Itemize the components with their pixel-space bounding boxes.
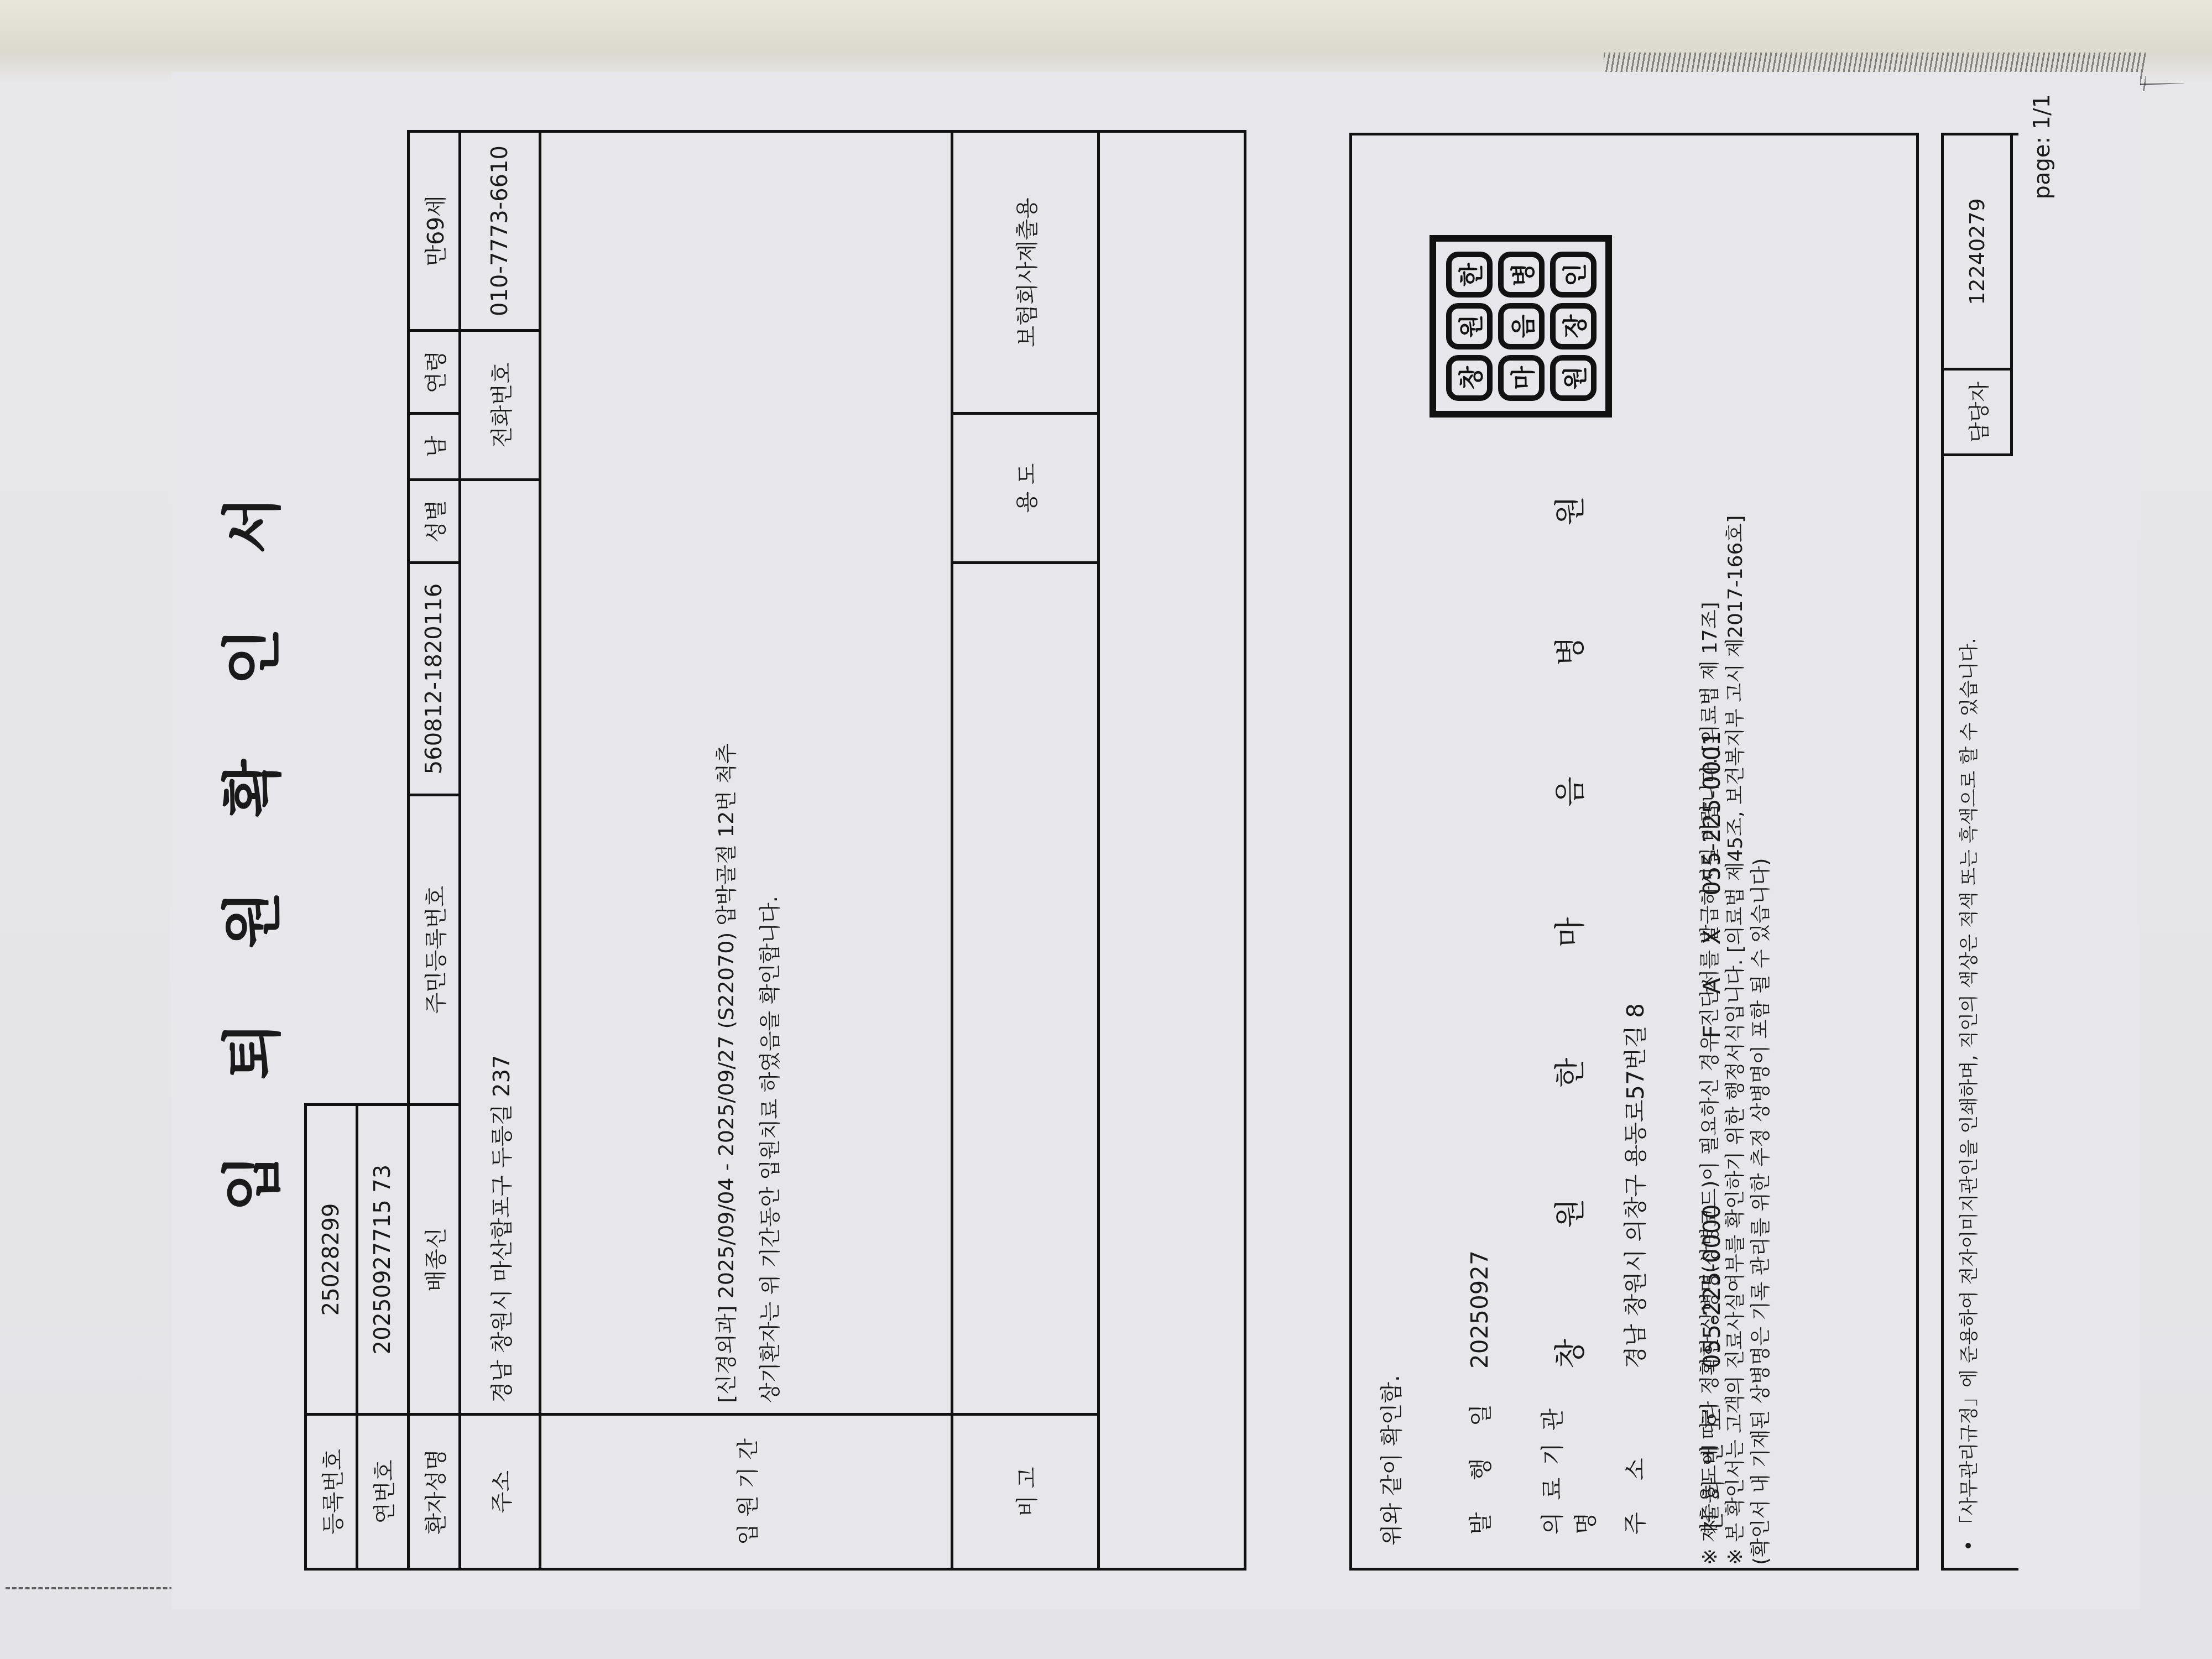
seal-char: 병: [1498, 252, 1545, 298]
document-title: 입 퇴 원 확 인 서: [205, 72, 290, 1609]
rrn-value: 560812-1820116: [409, 563, 460, 795]
issue-date-value: 20250927: [1466, 1250, 1493, 1369]
age-label: 연령: [409, 331, 460, 414]
admission-period-cell: [신경외과] 2025/09/04 - 2025/09/27 (S22070) …: [540, 131, 952, 1414]
reg-no-label: 등록번호: [306, 1415, 357, 1569]
blank-area: [1099, 131, 1245, 1569]
serial-no-value: 20250927715 73: [357, 1105, 409, 1415]
institution-name: 창원한마음병원: [1546, 385, 1590, 1369]
age-value: 만69세: [409, 131, 460, 330]
seal-char: 마: [1498, 355, 1545, 401]
institution-row: 의료기관명 창원한마음병원: [1535, 385, 1601, 1535]
title-spacer: [306, 131, 409, 1104]
admission-period-line: [신경외과] 2025/09/04 - 2025/09/27 (S22070) …: [709, 143, 739, 1403]
notes-section: ※ 제출용도에 따라 정확한 상병명(상병코드)이 필요하신 경우 진단서를 발…: [1698, 127, 1774, 1565]
seal-char: 장: [1550, 303, 1597, 349]
issuer-address-label: 주 소: [1618, 1369, 1651, 1535]
issuer-address-row: 주 소 경남 창원시 의창구 용동로57번길 8: [1618, 1003, 1651, 1535]
seal-char: 한: [1446, 252, 1493, 298]
sex-label: 성별: [409, 480, 460, 563]
patient-name-value: 배종신: [409, 1105, 460, 1415]
margin-pen-mark: [6, 1565, 194, 1589]
sex-value: 남: [409, 414, 460, 480]
footer-section: • 「사무관리규정」에 준용하여 전자이미지관인을 인쇄하며, 직인의 색상은 …: [1941, 133, 2018, 1571]
rrn-label: 주민등록번호: [409, 795, 460, 1105]
manager-id: 12240279: [1944, 135, 2010, 368]
remarks-label: 비 고: [952, 1415, 1099, 1569]
patient-name-label: 환자성명: [409, 1415, 460, 1569]
issue-date-row: 발 행 일 20250927: [1463, 1250, 1496, 1535]
note-line: (확인서 내 기재된 상병명은 기록 관리를 위한 추정 상병명이 포함 될 수…: [1749, 127, 1774, 1565]
reg-no-value: 25028299: [306, 1105, 357, 1415]
note-line: ※ 본 확인서는 고객의 진료사실여부를 확인하기 위한 행정서식입니다. [의…: [1723, 127, 1749, 1565]
confirm-text: 위와 같이 확인함.: [1374, 1375, 1406, 1546]
address-label: 주소: [460, 1415, 540, 1569]
issuer-address-value: 경남 창원시 의창구 용동로57번길 8: [1618, 1003, 1651, 1369]
note-line: ※ 제출용도에 따라 정확한 상병명(상병코드)이 필요하신 경우 진단서를 발…: [1698, 127, 1723, 1565]
institution-label: 의료기관명: [1535, 1369, 1601, 1535]
page-number: page: 1/1: [2030, 94, 2055, 199]
official-seal-stamp: 창 원 한 마 음 병 원 장 인: [1430, 235, 1612, 418]
phone-value: 010-7773-6610: [460, 131, 540, 330]
purpose-label: 용 도: [952, 414, 1099, 563]
seal-char: 원: [1550, 355, 1597, 401]
issuer-section: 위와 같이 확인함. 발 행 일 20250927 의료기관명 창원한마음병원 …: [1349, 133, 1919, 1571]
footer-text: • 「사무관리규정」에 준용하여 전자이미지관인을 인쇄하며, 직인의 색상은 …: [1957, 500, 1981, 1551]
manager-box: 담당자 12240279: [1941, 133, 2013, 456]
admission-statement: 상기환자는 위 기간동안 입원치료 하였음을 확인합니다.: [753, 143, 783, 1403]
address-value: 경남 창원시 마산합포구 두릉길 237: [460, 480, 540, 1415]
admission-period-label: 입 원 기 간: [540, 1415, 952, 1569]
serial-no-label: 연번호: [357, 1415, 409, 1569]
document-page: 입 퇴 원 확 인 서 등록번호 25028299 연번호 2025092771…: [171, 72, 2140, 1609]
issue-date-label: 발 행 일: [1463, 1369, 1496, 1535]
remarks-value: [952, 563, 1099, 1415]
seal-char: 원: [1446, 303, 1493, 349]
purpose-value: 보험회사제출용: [952, 131, 1099, 413]
seal-char: 창: [1446, 355, 1493, 401]
seal-char: 인: [1550, 252, 1597, 298]
patient-info-table: 등록번호 25028299 연번호 20250927715 73 환자성명 배종…: [304, 130, 1246, 1571]
phone-label: 전화번호: [460, 331, 540, 480]
manager-label: 담당자: [1944, 368, 2010, 453]
seal-char: 음: [1498, 303, 1545, 349]
